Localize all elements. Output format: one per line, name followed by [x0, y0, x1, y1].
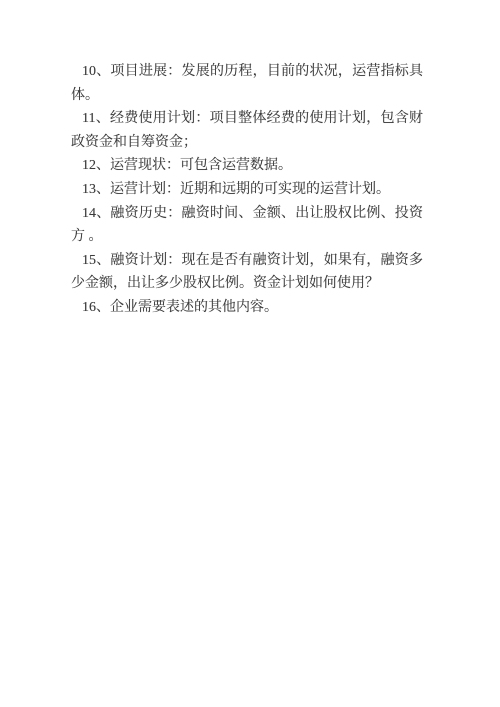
- document-page: 10、项目进展：发展的历程，目前的状况，运营指标具体。 11、经费使用计划：项目…: [0, 0, 500, 707]
- list-item-14: 14、融资历史：融资时间、金额、出让股权比例、投资方 。: [71, 202, 423, 249]
- text-block: 10、项目进展：发展的历程，目前的状况，运营指标具体。 11、经费使用计划：项目…: [71, 60, 423, 320]
- list-item-11: 11、经费使用计划：项目整体经费的使用计划，包含财政资金和自筹资金；: [71, 107, 423, 154]
- list-item-12: 12、运营现状：可包含运营数据。: [71, 154, 423, 178]
- list-item-13: 13、运营计划：近期和远期的可实现的运营计划。: [71, 178, 423, 202]
- list-item-10: 10、项目进展：发展的历程，目前的状况，运营指标具体。: [71, 60, 423, 107]
- list-item-16: 16、企业需要表述的其他内容。: [71, 296, 423, 320]
- list-item-15: 15、融资计划：现在是否有融资计划，如果有，融资多少金额，出让多少股权比例。资金…: [71, 249, 423, 296]
